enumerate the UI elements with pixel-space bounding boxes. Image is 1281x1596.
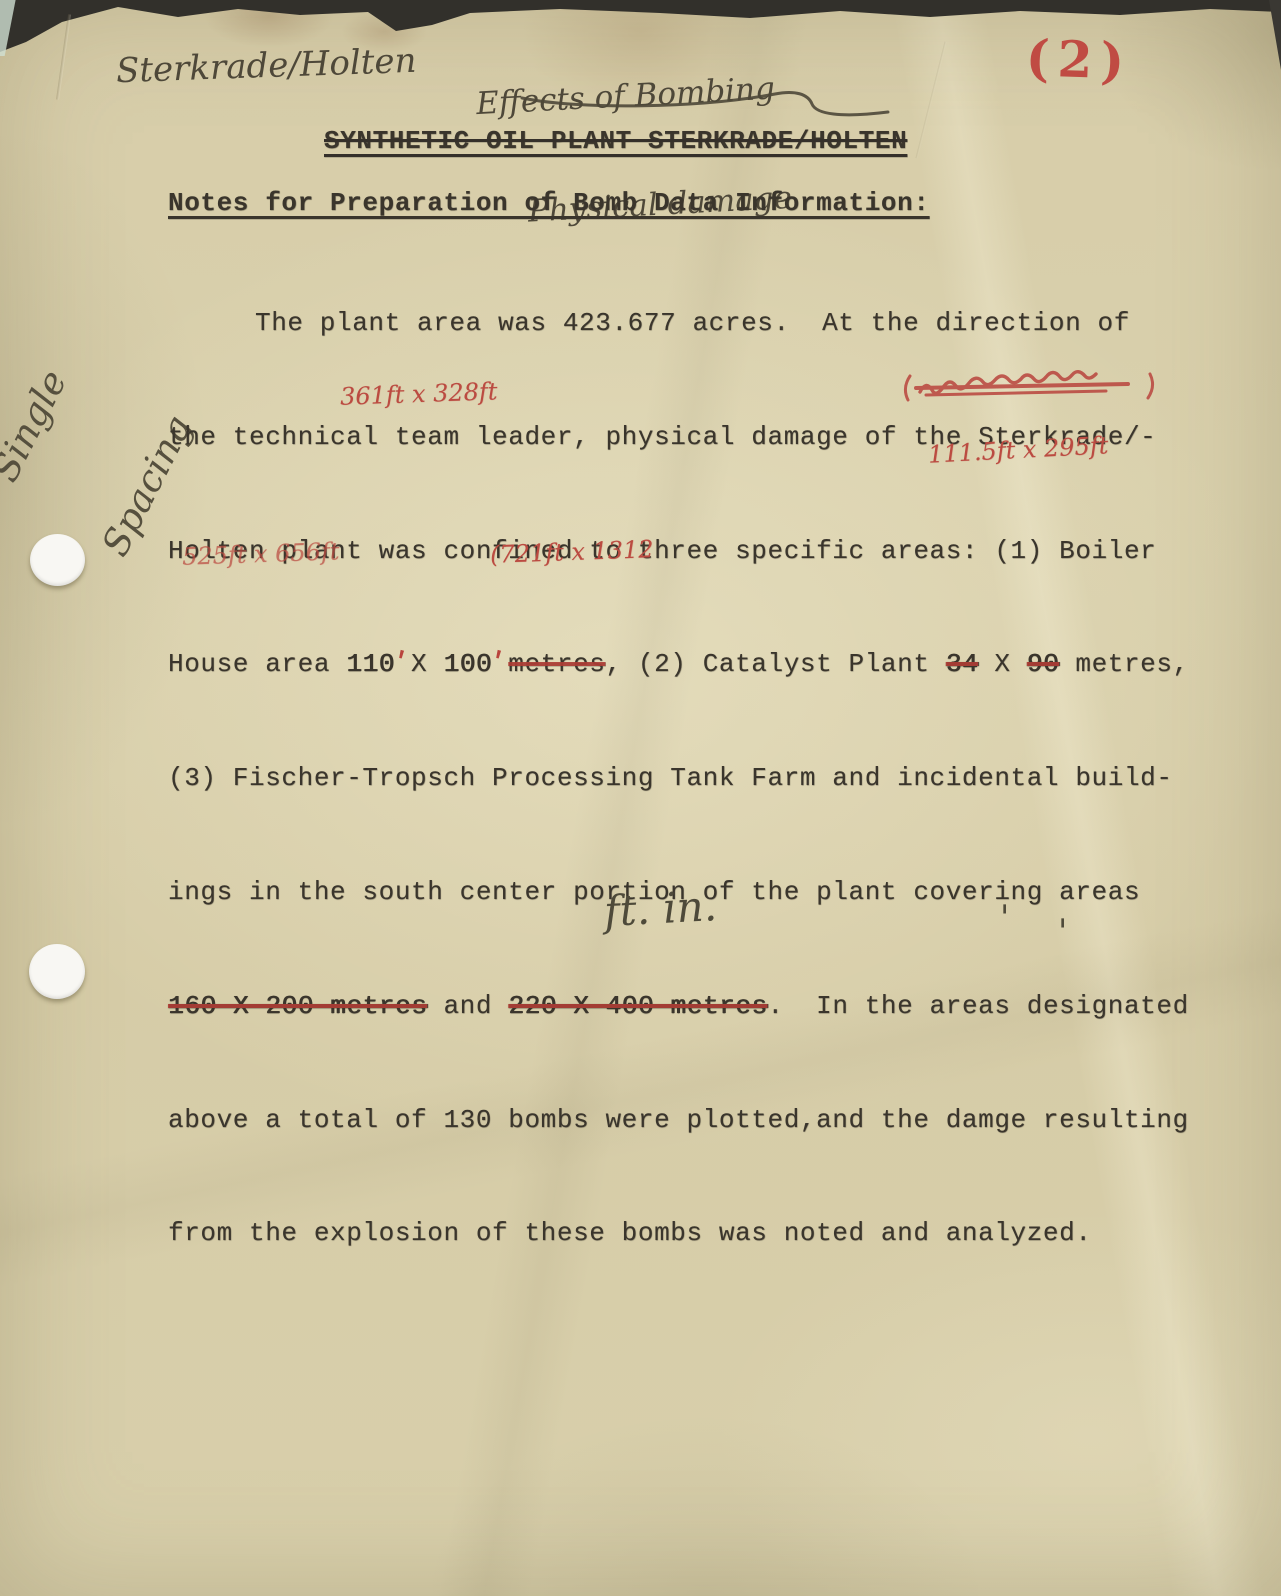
line4-text: metres, [1059, 649, 1189, 679]
line4-struck-metres: metres [508, 649, 605, 679]
body-paragraph: The plant area was 423.677 acres. At the… [168, 246, 1228, 1300]
body-line-4: House area 110' X 100' metres, (2) Catal… [168, 647, 1228, 701]
line7-text: . In the areas designated [768, 991, 1189, 1021]
line4-text: X [978, 649, 1027, 679]
pen-tick-mark: ' [1000, 898, 1009, 938]
page-number: (2) [1025, 28, 1133, 91]
margin-note-line1: Single [0, 331, 93, 520]
line7-struck-160x200: 160 X 200 metres [168, 991, 427, 1021]
line7-text: and [427, 991, 508, 1021]
body-line-1: The plant area was 423.677 acres. At the… [168, 306, 1228, 360]
body-line-8: above a total of 130 bombs were plotted,… [168, 1103, 1228, 1157]
handwritten-header-line1: Effects of Bombing [475, 70, 787, 122]
line4-struck-34: 34 [946, 649, 978, 679]
body-line-9: from the explosion of these bombs was no… [168, 1216, 1228, 1270]
body-line-5: (3) Fischer-Tropsch Processing Tank Farm… [168, 761, 1228, 815]
body-line-7: 160 X 200 metres and 220 X 400 metres. I… [168, 989, 1228, 1043]
line4-text: House area [168, 649, 346, 679]
document-title-struck: SYNTHETIC OIL PLANT STERKRADE/HOLTEN [324, 126, 907, 156]
red-annotation-tank-farm-2: (721ft x 1312 [490, 535, 654, 569]
scanned-document-page: { "header": { "handwritten_left": "Sterk… [0, 0, 1281, 1596]
section-heading: Notes for Preparation of Bomb Data Infor… [168, 188, 930, 218]
punch-hole [29, 944, 85, 999]
line4-text: , (2) Catalyst Plant [605, 649, 945, 679]
red-annotation-tank-farm-1: 525ft x 656ft [182, 537, 340, 570]
line4-struck-90: 90 [1027, 649, 1059, 679]
pen-tick-mark: ' [1058, 912, 1067, 952]
handwritten-ft-in-note: ft. in. [603, 881, 718, 936]
line7-struck-220x400: 220 X 400 metres [508, 991, 767, 1021]
red-annotation-boiler-house: 361ft x 328ft [340, 377, 498, 410]
